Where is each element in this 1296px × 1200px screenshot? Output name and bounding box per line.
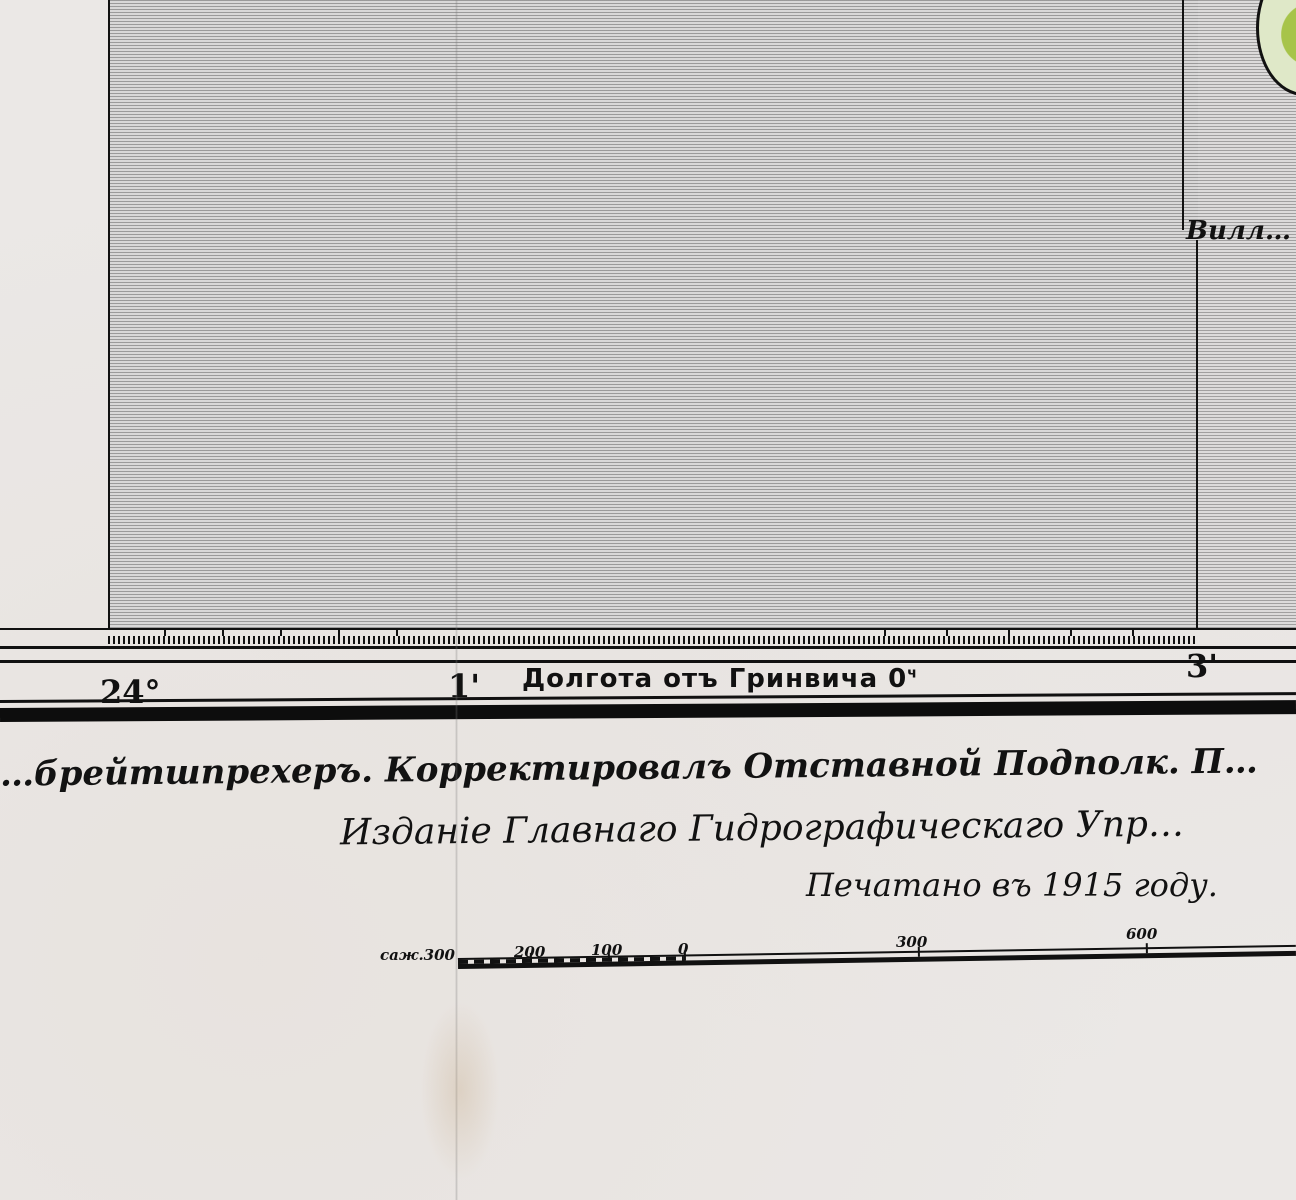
graticule-tick (338, 630, 340, 636)
longitude-label-24: 24° (100, 676, 161, 708)
longitude-title-text: Долгота отъ Гринвича 0 (522, 664, 907, 694)
scale-label-300: 300 (896, 933, 927, 951)
graticule-tick (1132, 630, 1134, 636)
inset-frame-line-lower (1196, 240, 1198, 630)
sea-hatched-area-right (1198, 0, 1296, 628)
border-rule-top (0, 628, 1296, 630)
scale-label-600: 600 (1126, 925, 1157, 943)
graticule-tick (222, 630, 224, 636)
border-rule-bottom (0, 660, 1296, 663)
imprint-printed-year: Печатано въ 1915 году. (806, 866, 1218, 904)
graticule-tick (280, 630, 282, 636)
scale-tick-600 (1146, 943, 1148, 953)
inset-frame-line (1182, 0, 1184, 230)
graticule-tick (164, 630, 166, 636)
graticule-tick (1070, 630, 1072, 636)
border-rule-mid (0, 646, 1296, 649)
sea-hatched-area (108, 0, 1200, 628)
longitude-label-3min: 3' (1186, 650, 1218, 682)
place-label-vill: Вилл… (1186, 216, 1291, 246)
scale-label-200: 200 (514, 943, 545, 961)
graticule-tick (946, 630, 948, 636)
scale-label-unit-300: саж.300 (380, 946, 455, 964)
paper-stain (420, 1000, 500, 1180)
minute-tick-scale (108, 636, 1198, 644)
graticule-tick (1008, 630, 1010, 636)
scale-label-100: 100 (591, 941, 622, 959)
longitude-title: Долгота отъ Гринвича 0ч (522, 664, 918, 694)
graticule-tick (396, 630, 398, 636)
graticule-tick (884, 630, 886, 636)
scale-label-0: 0 (678, 940, 688, 958)
longitude-superscript: ч (907, 665, 918, 681)
